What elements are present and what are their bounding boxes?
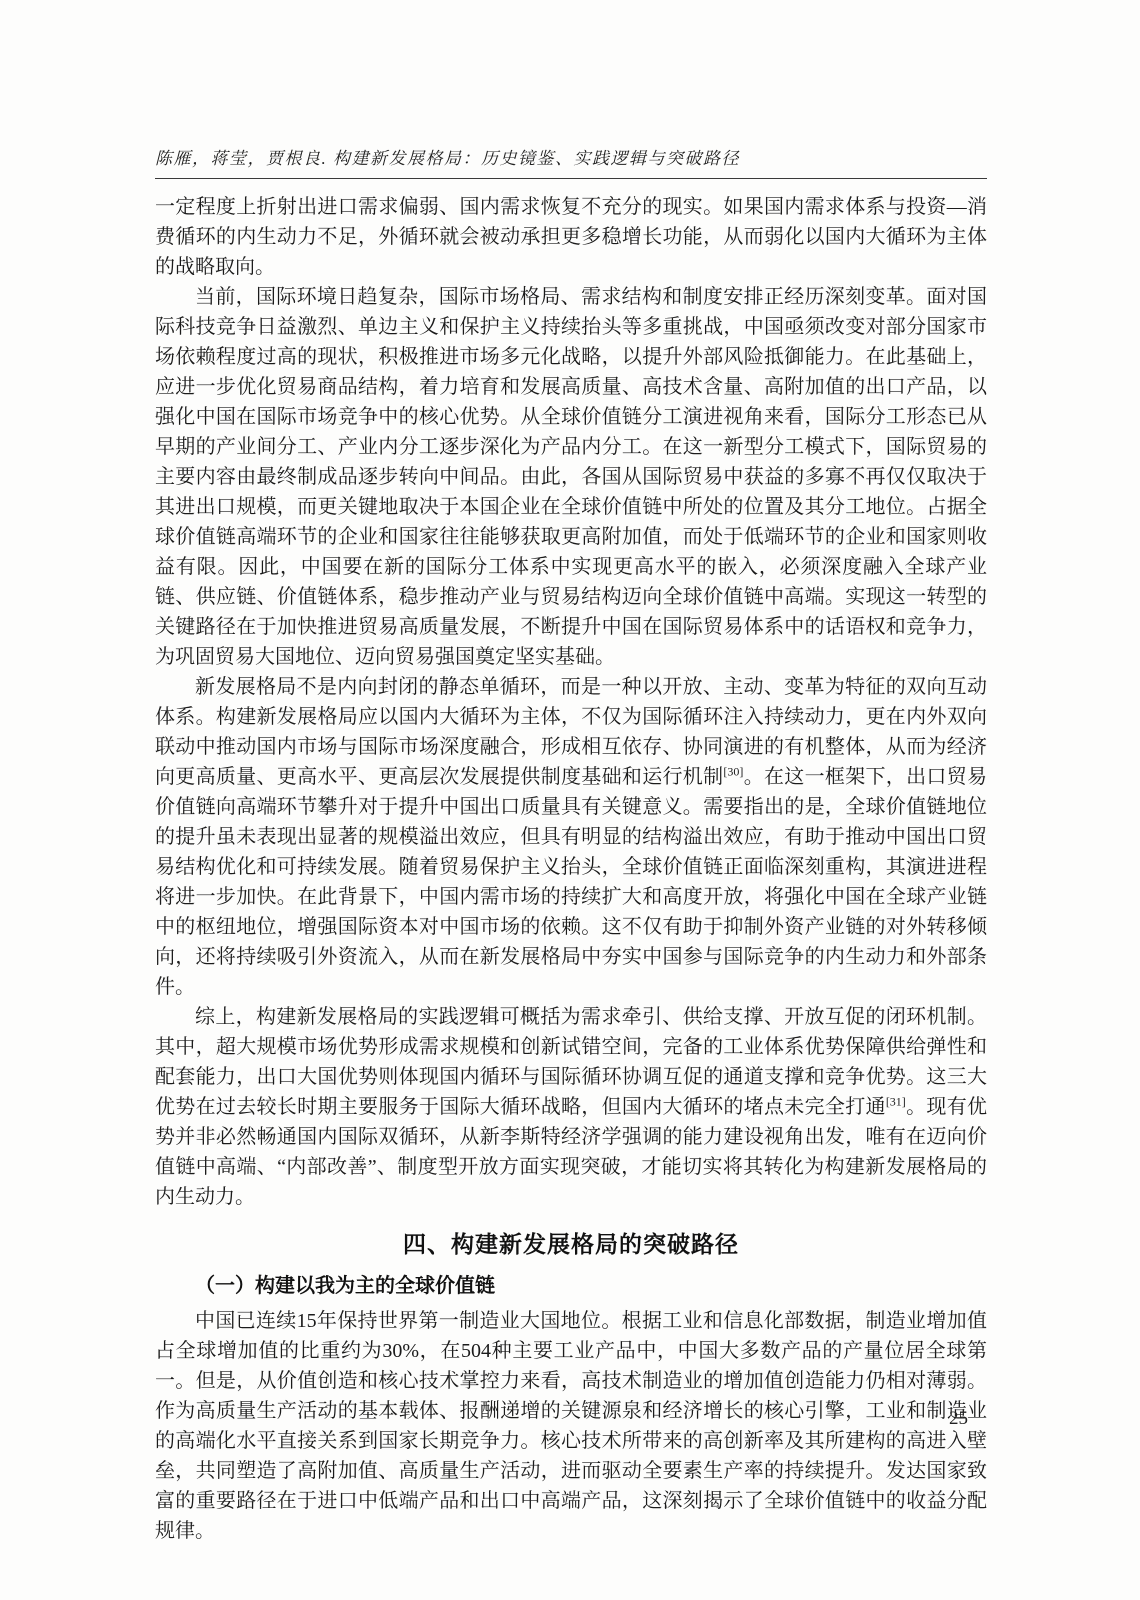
section-heading: 四、构建新发展格局的突破路径: [155, 1229, 987, 1259]
page-number: 25: [949, 1408, 968, 1430]
paragraph-text: 综上，构建新发展格局的实践逻辑可概括为需求牵引、供给支撑、开放互促的闭环机制。其…: [155, 1006, 987, 1118]
subsection-heading: （一）构建以我为主的全球价值链: [155, 1271, 987, 1301]
paragraph: 新发展格局不是内向封闭的静态单循环，而是一种以开放、主动、变革为特征的双向互动体…: [155, 672, 987, 1002]
paragraph-text: 。在这一框架下，出口贸易价值链向高端环节攀升对于提升中国出口质量具有关键意义。需…: [155, 766, 987, 998]
running-head: 陈雁，蒋莹，贾根良. 构建新发展格局：历史镜鉴、实践逻辑与突破路径: [155, 144, 987, 179]
paragraph: 中国已连续15年保持世界第一制造业大国地位。根据工业和信息化部数据，制造业增加值…: [155, 1306, 987, 1546]
paragraph: 综上，构建新发展格局的实践逻辑可概括为需求牵引、供给支撑、开放互促的闭环机制。其…: [155, 1002, 987, 1212]
citation-ref-30: [30]: [723, 764, 743, 778]
paragraph-continuation: 一定程度上折射出进口需求偏弱、国内需求恢复不充分的现实。如果国内需求体系与投资—…: [155, 192, 987, 282]
paragraph: 当前，国际环境日趋复杂，国际市场格局、需求结构和制度安排正经历深刻变革。面对国际…: [155, 282, 987, 672]
article-body: 一定程度上折射出进口需求偏弱、国内需求恢复不充分的现实。如果国内需求体系与投资—…: [155, 192, 987, 1546]
citation-ref-31: [31]: [886, 1094, 906, 1108]
document-page: 陈雁，蒋莹，贾根良. 构建新发展格局：历史镜鉴、实践逻辑与突破路径 一定程度上折…: [0, 0, 1140, 1600]
page-content: 陈雁，蒋莹，贾根良. 构建新发展格局：历史镜鉴、实践逻辑与突破路径 一定程度上折…: [155, 144, 987, 1546]
